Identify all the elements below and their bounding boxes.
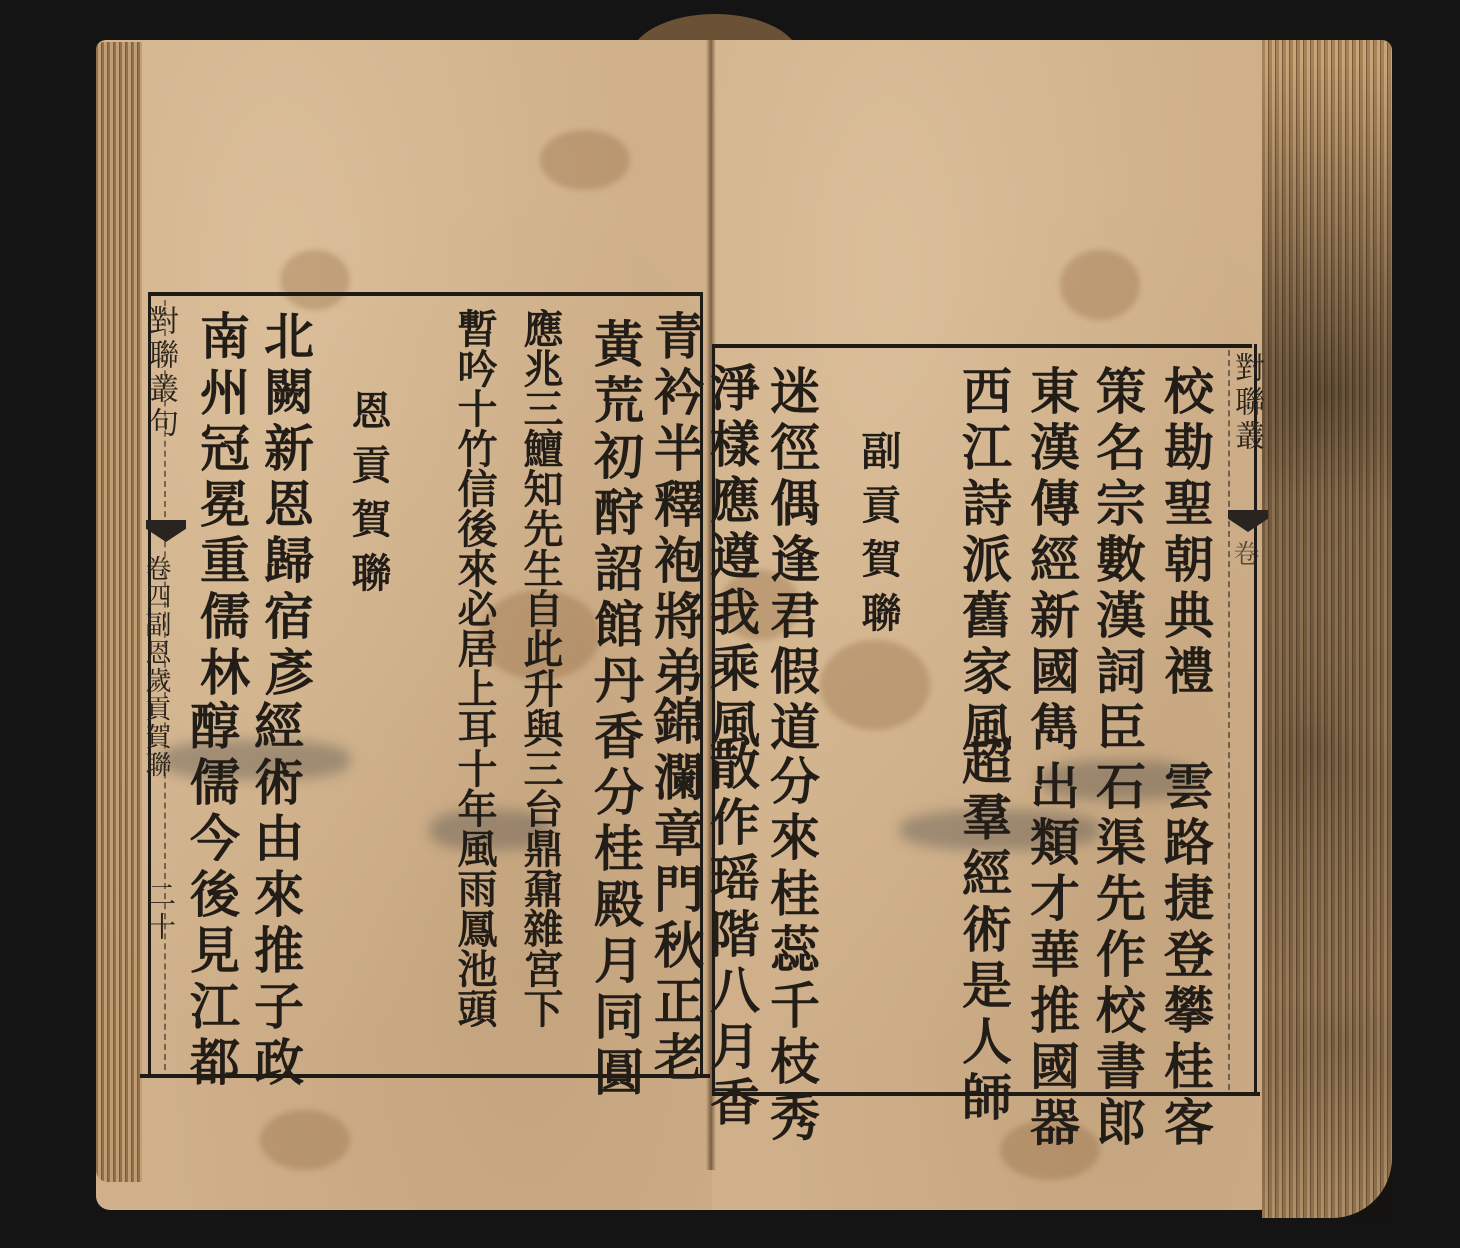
couplet-top: 策名宗數漢詞臣 xyxy=(1092,365,1142,757)
right-fore-edge xyxy=(1262,40,1392,1218)
couplet-bottom: 分來桂蕊千枝秀 xyxy=(766,755,816,1147)
couplet-top: 西江詩派舊家風 xyxy=(958,365,1008,757)
section-heading: 副貢賀聯 xyxy=(858,430,898,646)
prose-couplet-top: 應兆三鱣知先生自此升與三台鼎鼐雜宮下 xyxy=(520,308,560,1028)
stain xyxy=(540,130,630,190)
couplet-top: 青衿半釋袍將弟 xyxy=(650,310,700,702)
couplet-bottom: 醇儒今後見江都 xyxy=(186,700,236,1092)
stain xyxy=(820,640,930,730)
open-book: 對聯叢 卷 校勘聖朝典禮 雲路捷登攀桂客 策名宗數漢詞臣 石渠先作校書郎 東漢傳… xyxy=(0,0,1460,1248)
right-margin-title: 對聯叢 xyxy=(1224,352,1268,454)
couplet-bottom: 錦瀾章門秋正老 xyxy=(650,695,700,1087)
couplet-top: 北闕新恩歸宿彥 xyxy=(260,310,310,702)
couplet-bottom: 超羣經術是人師 xyxy=(958,735,1008,1127)
couplet-top: 黃荒初酧詔館丹 xyxy=(590,318,640,710)
couplet-bottom: 香分桂殿月同圓 xyxy=(590,710,640,1102)
left-margin-section: 卷四副恩歲貢賀聯 xyxy=(138,555,175,779)
frame-top-left xyxy=(148,292,703,296)
left-fore-edge xyxy=(96,42,142,1182)
couplet-bottom: 石渠先作校書郎 xyxy=(1092,760,1142,1152)
margin-rule xyxy=(1228,350,1230,1090)
couplet-bottom: 雲路捷登攀桂客 xyxy=(1160,760,1210,1152)
page-number: 二十 xyxy=(140,880,180,944)
couplet-top: 校勘聖朝典禮 xyxy=(1160,365,1210,701)
stain xyxy=(260,1110,350,1170)
right-margin-section: 卷 xyxy=(1226,540,1263,570)
couplet-top: 淨樣應遵我乘風 xyxy=(706,362,756,754)
stain xyxy=(1060,250,1140,320)
couplet-top: 南州冠冕重儒林 xyxy=(196,310,246,702)
couplet-top: 東漢傳經新國雋 xyxy=(1026,365,1076,757)
couplet-bottom: 出類才華推國器 xyxy=(1026,760,1076,1152)
prose-couplet-bottom: 暫吟十竹信後來必居上耳十年風雨鳳池頭 xyxy=(454,308,494,1028)
stain xyxy=(280,250,350,310)
couplet-top: 迷徑偶逢君假道 xyxy=(766,365,816,757)
left-margin-title: 對聯叢句 xyxy=(138,305,182,441)
couplet-bottom: 經術由來推子政 xyxy=(250,700,300,1092)
frame-top-right xyxy=(712,344,1252,348)
section-heading: 恩貢賀聯 xyxy=(348,390,388,606)
frame-outer-right xyxy=(1254,344,1257,1094)
couplet-bottom: 散作瑶階八月香 xyxy=(706,740,756,1132)
